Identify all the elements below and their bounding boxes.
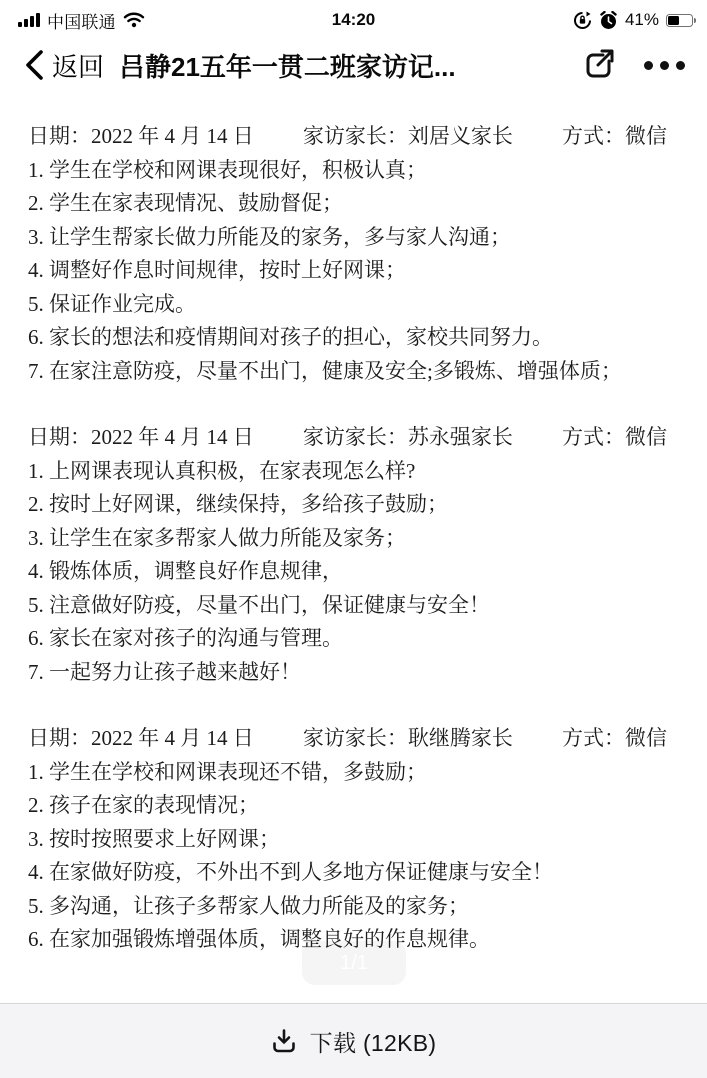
doc-line: 4. 在家做好防疫，不外出不到人多地方保证健康与安全！ — [28, 856, 667, 890]
doc-line: 2. 孩子在家的表现情况； — [28, 789, 667, 823]
doc-line: 5. 多沟通，让孩子多帮家人做力所能及的家务； — [28, 890, 667, 924]
download-label: 下载 (12KB) — [310, 1025, 437, 1058]
section-header: 日期：2022 年 4 月 14 日 家访家长：刘居义家长 方式：微信 — [28, 120, 667, 154]
wifi-icon — [123, 12, 145, 28]
visit-record-section: 日期：2022 年 4 月 14 日 家访家长：苏永强家长 方式：微信 1. 上… — [28, 421, 667, 689]
download-button[interactable]: 下载 (12KB) — [271, 1025, 437, 1058]
doc-line: 1. 学生在学校和网课表现还不错，多鼓励； — [28, 756, 667, 790]
back-button[interactable]: 返回 — [24, 47, 104, 84]
doc-line: 3. 让学生在家多帮家人做力所能及家务； — [28, 522, 667, 556]
alarm-clock-icon — [599, 11, 618, 30]
visit-date: 日期：2022 年 4 月 14 日 — [28, 722, 254, 756]
doc-line: 4. 锻炼体质，调整良好作息规律， — [28, 555, 667, 589]
doc-line: 3. 让学生帮家长做力所能及的家务，多与家人沟通； — [28, 221, 667, 255]
doc-line: 5. 注意做好防疫，尽量不出门，保证健康与安全！ — [28, 589, 667, 623]
visit-method: 方式：微信 — [562, 120, 667, 154]
back-label: 返回 — [52, 47, 104, 84]
chevron-left-icon — [24, 49, 44, 81]
download-icon — [271, 1028, 297, 1054]
visit-parent: 家访家长：苏永强家长 — [303, 421, 513, 455]
doc-line: 1. 上网课表现认真积极，在家表现怎么样? — [28, 455, 667, 489]
status-bar-left: 中国联通 — [18, 8, 145, 33]
document-scroll-area[interactable]: 日期：2022 年 4 月 14 日 家访家长：刘居义家长 方式：微信 1. 学… — [0, 96, 707, 957]
clock-time: 14:20 — [332, 10, 375, 30]
visit-parent: 家访家长：耿继腾家长 — [303, 722, 513, 756]
visit-method: 方式：微信 — [562, 722, 667, 756]
cellular-signal-icon — [18, 13, 40, 27]
phone-screen: { "status_bar": { "carrier": "中国联通", "ti… — [0, 0, 707, 1078]
nav-actions — [580, 46, 685, 84]
orientation-lock-icon — [573, 11, 592, 30]
carrier-label: 中国联通 — [47, 8, 116, 33]
visit-method: 方式：微信 — [562, 421, 667, 455]
doc-line: 3. 按时按照要求上好网课； — [28, 823, 667, 857]
share-button[interactable] — [580, 46, 618, 84]
visit-parent: 家访家长：刘居义家长 — [303, 120, 513, 154]
nav-bar: 返回 吕静21五年一贯二班家访记... — [0, 34, 707, 96]
section-header: 日期：2022 年 4 月 14 日 家访家长：苏永强家长 方式：微信 — [28, 421, 667, 455]
doc-line: 6. 家长的想法和疫情期间对孩子的担心，家校共同努力。 — [28, 321, 667, 355]
status-bar-right: 41% — [573, 10, 693, 30]
doc-line: 7. 在家注意防疫，尽量不出门，健康及安全;多锻炼、增强体质； — [28, 355, 667, 389]
battery-icon — [666, 14, 693, 27]
doc-line: 6. 家长在家对孩子的沟通与管理。 — [28, 622, 667, 656]
more-button[interactable] — [644, 61, 685, 70]
visit-record-section: 日期：2022 年 4 月 14 日 家访家长：耿继腾家长 方式：微信 1. 学… — [28, 722, 667, 957]
page-indicator: 1/1 — [302, 941, 406, 985]
doc-line: 1. 学生在学校和网课表现很好，积极认真； — [28, 154, 667, 188]
battery-percent-label: 41% — [625, 10, 659, 30]
doc-line: 5. 保证作业完成。 — [28, 288, 667, 322]
doc-line: 7. 一起努力让孩子越来越好！ — [28, 656, 667, 690]
doc-line: 2. 学生在家表现情况、鼓励督促； — [28, 187, 667, 221]
status-bar: 中国联通 14:20 41% — [0, 0, 707, 34]
visit-date: 日期：2022 年 4 月 14 日 — [28, 421, 254, 455]
footer-bar: 下载 (12KB) — [0, 1003, 707, 1078]
doc-line: 4. 调整好作息时间规律，按时上好网课； — [28, 254, 667, 288]
visit-date: 日期：2022 年 4 月 14 日 — [28, 120, 254, 154]
visit-record-section: 日期：2022 年 4 月 14 日 家访家长：刘居义家长 方式：微信 1. 学… — [28, 120, 667, 388]
page-title: 吕静21五年一贯二班家访记... — [119, 47, 570, 84]
section-header: 日期：2022 年 4 月 14 日 家访家长：耿继腾家长 方式：微信 — [28, 722, 667, 756]
doc-line: 2. 按时上好网课，继续保持，多给孩子鼓励； — [28, 488, 667, 522]
ellipsis-icon — [644, 61, 685, 70]
open-in-external-icon — [580, 46, 618, 84]
